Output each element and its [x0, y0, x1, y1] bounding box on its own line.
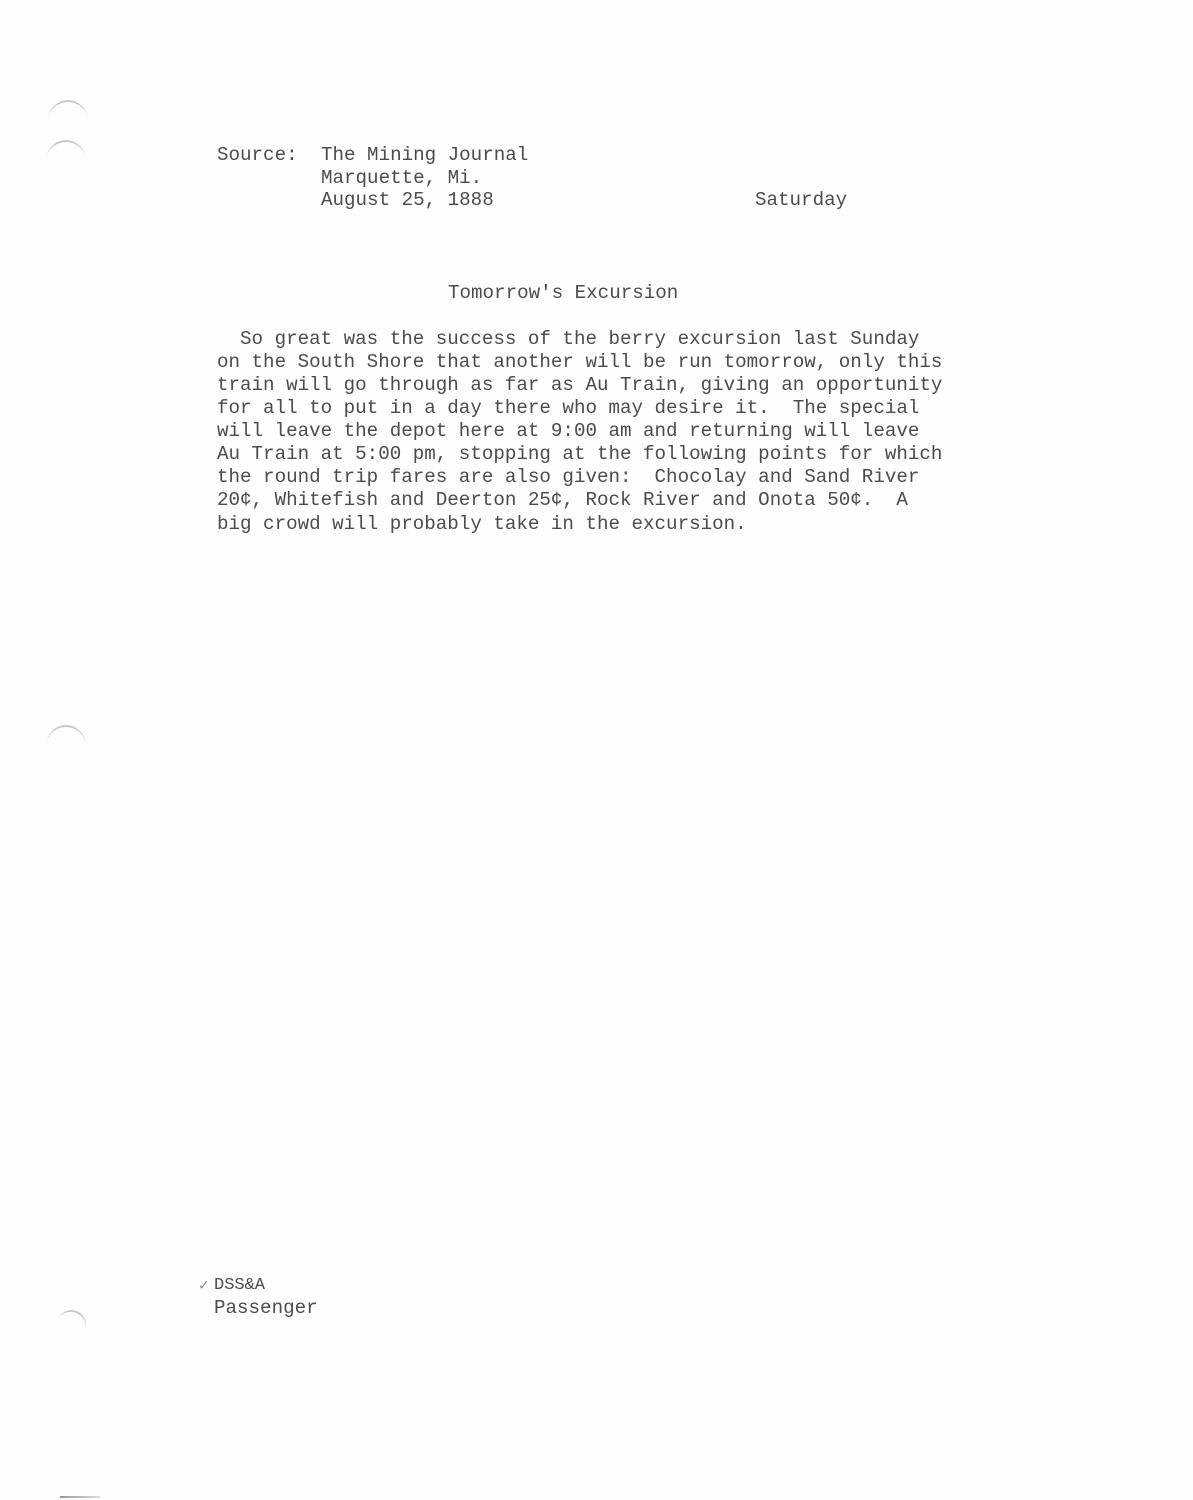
- publication-name: The Mining Journal: [321, 144, 528, 167]
- document-page: Source: The Mining Journal Marquette, Mi…: [0, 0, 1193, 1500]
- subcategory-label: Passenger: [214, 1297, 318, 1320]
- publication-date: August 25, 1888: [321, 189, 494, 212]
- article-line: will leave the depot here at 9:00 am and…: [217, 420, 919, 443]
- check-mark-icon: ✓: [199, 1275, 209, 1295]
- weekday: Saturday: [755, 189, 847, 212]
- category-label: DSS&A: [214, 1274, 265, 1297]
- edge-mark: [60, 1496, 100, 1498]
- article-line: for all to put in a day there who may de…: [217, 397, 919, 420]
- source-label: Source:: [217, 144, 298, 167]
- article-line: the round trip fares are also given: Cho…: [217, 466, 919, 489]
- binder-hole-mark-4: [51, 1306, 90, 1346]
- article-line: Au Train at 5:00 pm, stopping at the fol…: [217, 443, 942, 466]
- binder-hole-mark-3: [46, 725, 86, 767]
- article-title: Tomorrow's Excursion: [448, 282, 678, 305]
- article-line: So great was the success of the berry ex…: [217, 328, 919, 351]
- binder-hole-mark-2: [46, 140, 86, 182]
- article-line: train will go through as far as Au Train…: [217, 374, 942, 397]
- article-line: on the South Shore that another will be …: [217, 351, 942, 374]
- publication-location: Marquette, Mi.: [321, 167, 482, 190]
- binder-hole-mark-1: [48, 100, 88, 142]
- article-line: big crowd will probably take in the excu…: [217, 513, 747, 536]
- article-line: 20¢, Whitefish and Deerton 25¢, Rock Riv…: [217, 489, 908, 512]
